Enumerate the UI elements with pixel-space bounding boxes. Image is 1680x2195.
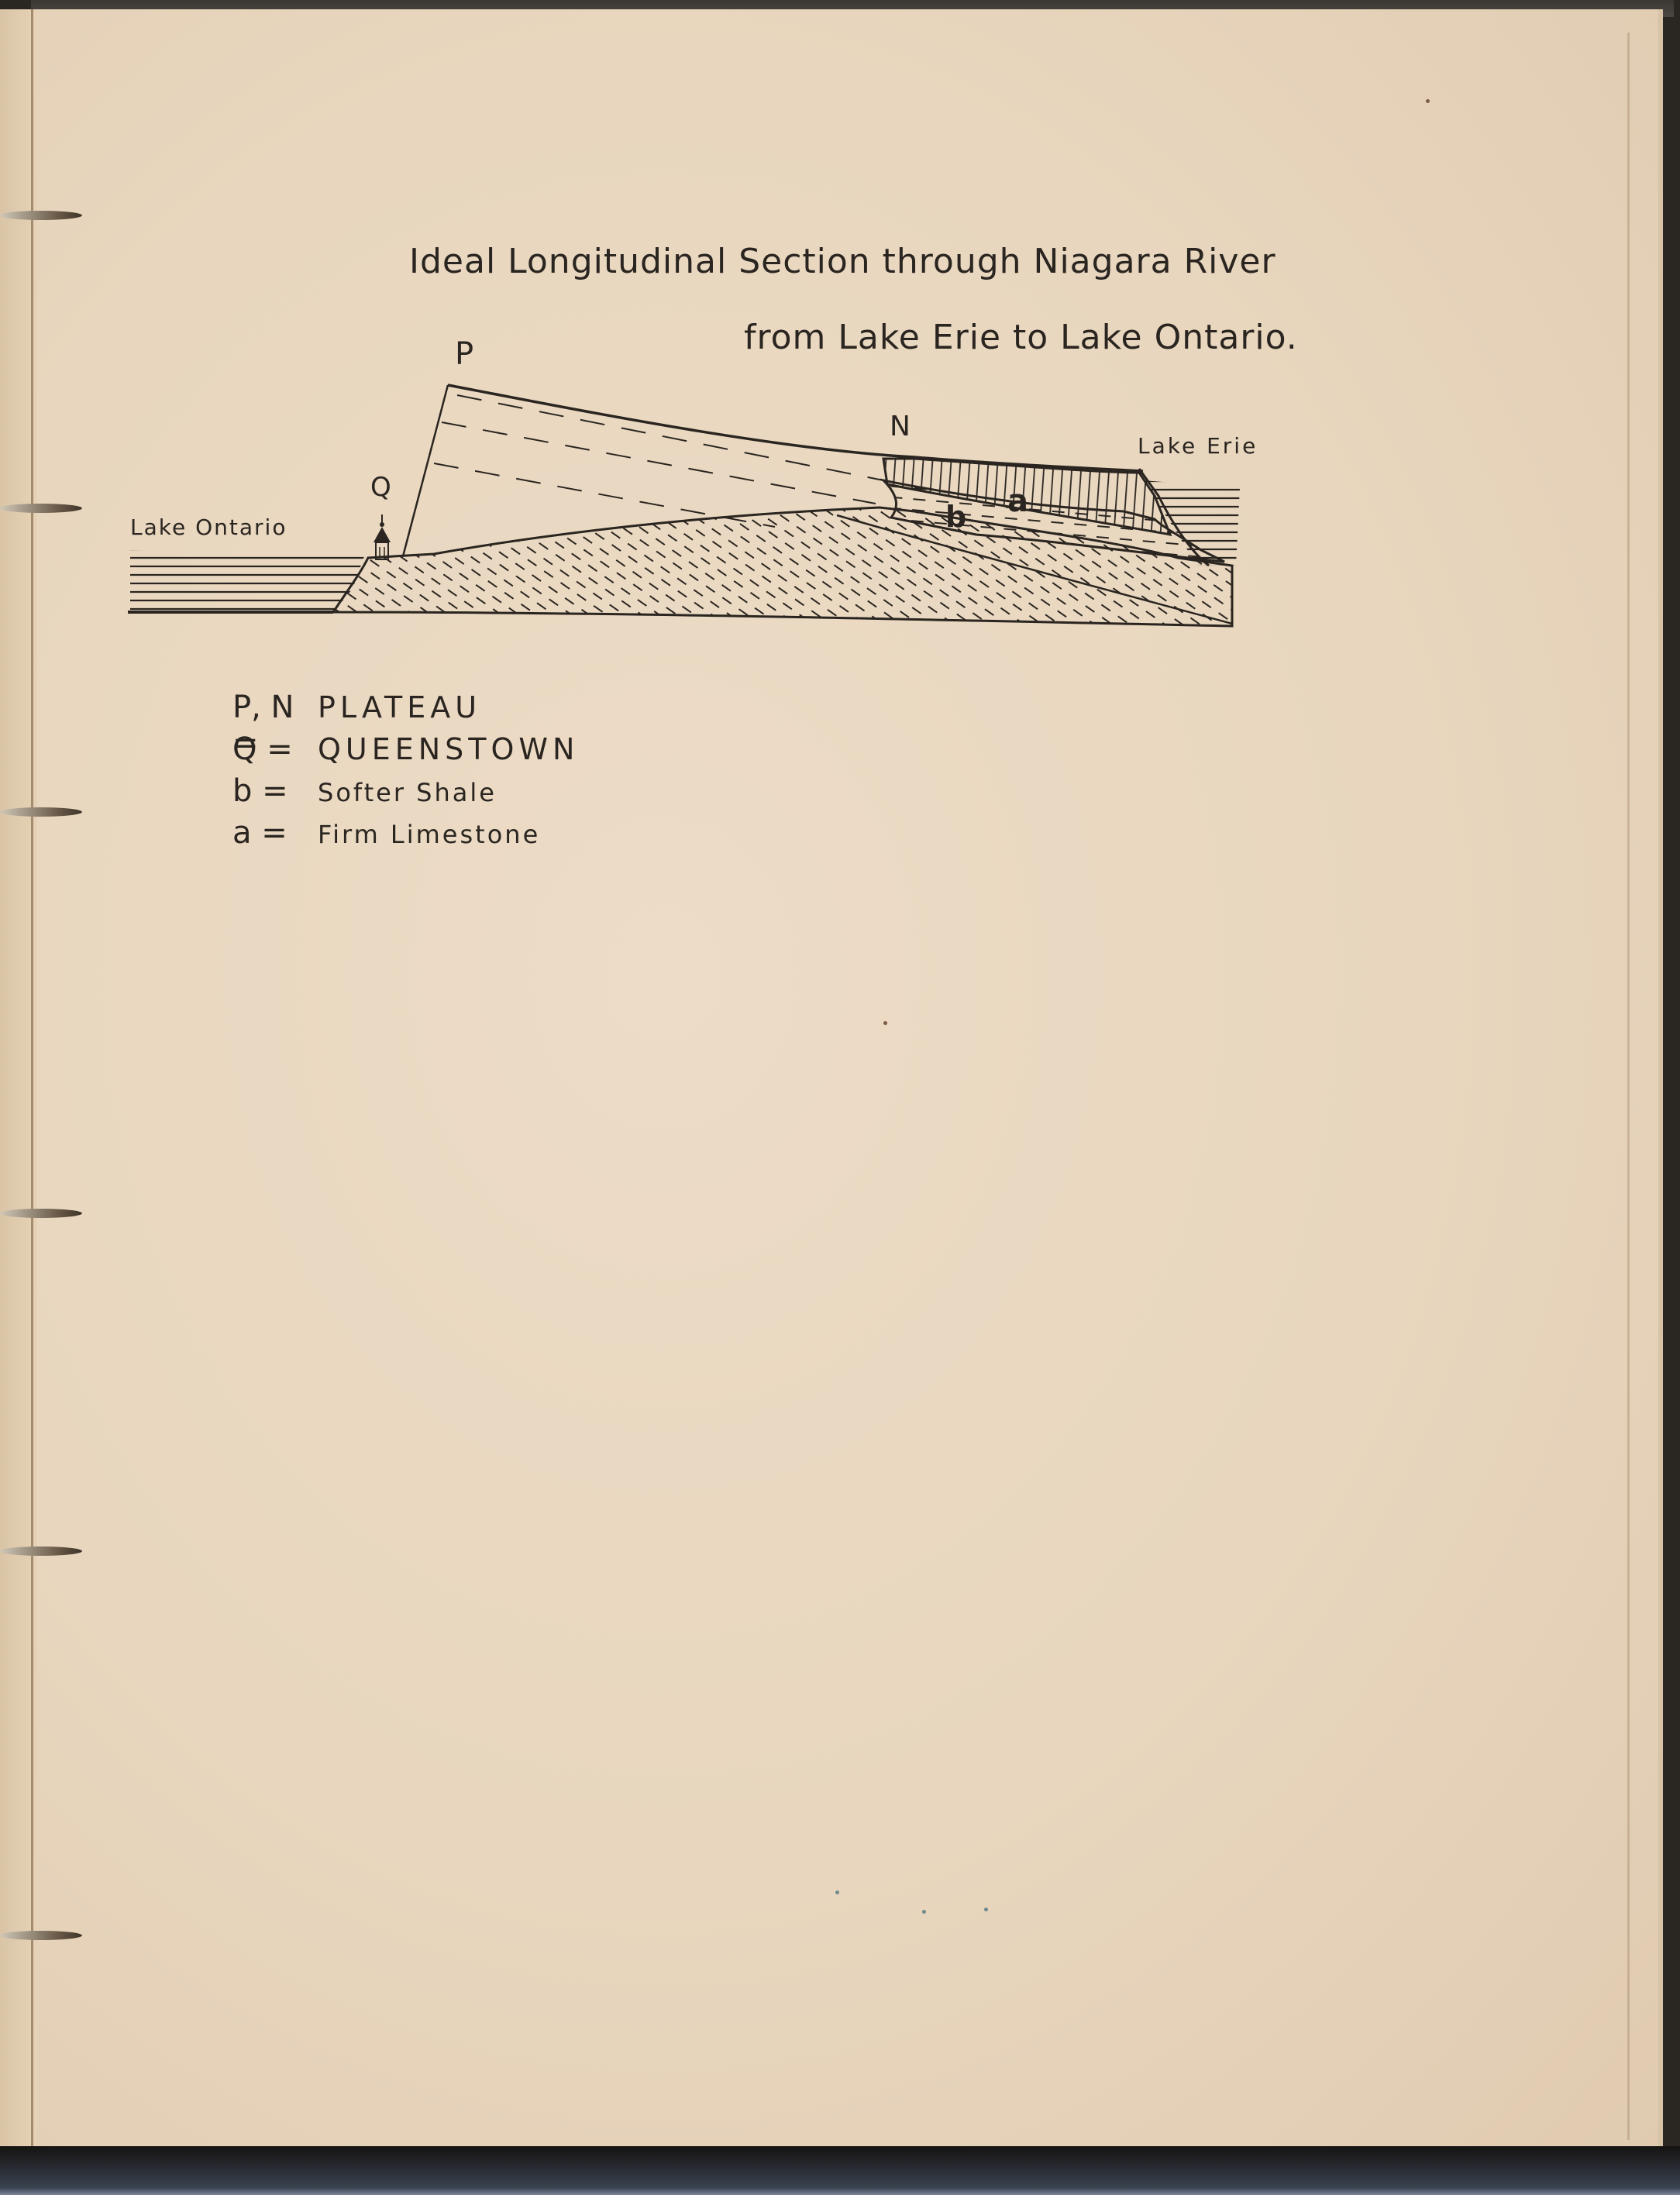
label-b: b (945, 500, 966, 534)
legend-value: QUEENSTOWN (318, 732, 579, 766)
label-lake-erie: Lake Erie (1138, 433, 1258, 459)
legend-value: Softer Shale (318, 778, 497, 807)
legend-item-firm-limestone: a = Firm Limestone (232, 815, 579, 857)
legend-item-queenstown: Q = QUEENSTOWN (232, 731, 579, 773)
diagram-legend: P, N = PLATEAU Q = QUEENSTOWN b = Softer… (232, 690, 579, 857)
legend-value: PLATEAU (318, 690, 481, 724)
lake-ontario-water (128, 550, 364, 612)
label-lake-ontario: Lake Ontario (130, 514, 287, 540)
label-q: Q (370, 472, 391, 503)
label-a: a (1007, 483, 1028, 519)
legend-item-plateau: P, N = PLATEAU (232, 690, 579, 731)
niagara-cross-section-diagram: Ideal Longitudinal Section through Niaga… (0, 0, 1680, 2195)
label-p: P (455, 336, 473, 372)
legend-value: Firm Limestone (318, 820, 540, 849)
legend-key: b = (232, 773, 318, 809)
diagram-subtitle: from Lake Erie to Lake Ontario. (744, 318, 1298, 357)
label-n: N (890, 411, 911, 442)
legend-key: Q = (232, 731, 318, 767)
legend-key: a = (232, 815, 318, 851)
notebook-scan: Ideal Longitudinal Section through Niaga… (0, 0, 1680, 2195)
legend-item-softer-shale: b = Softer Shale (232, 773, 579, 815)
church-icon (374, 514, 391, 559)
diagram-title: Ideal Longitudinal Section through Niaga… (409, 242, 1276, 281)
